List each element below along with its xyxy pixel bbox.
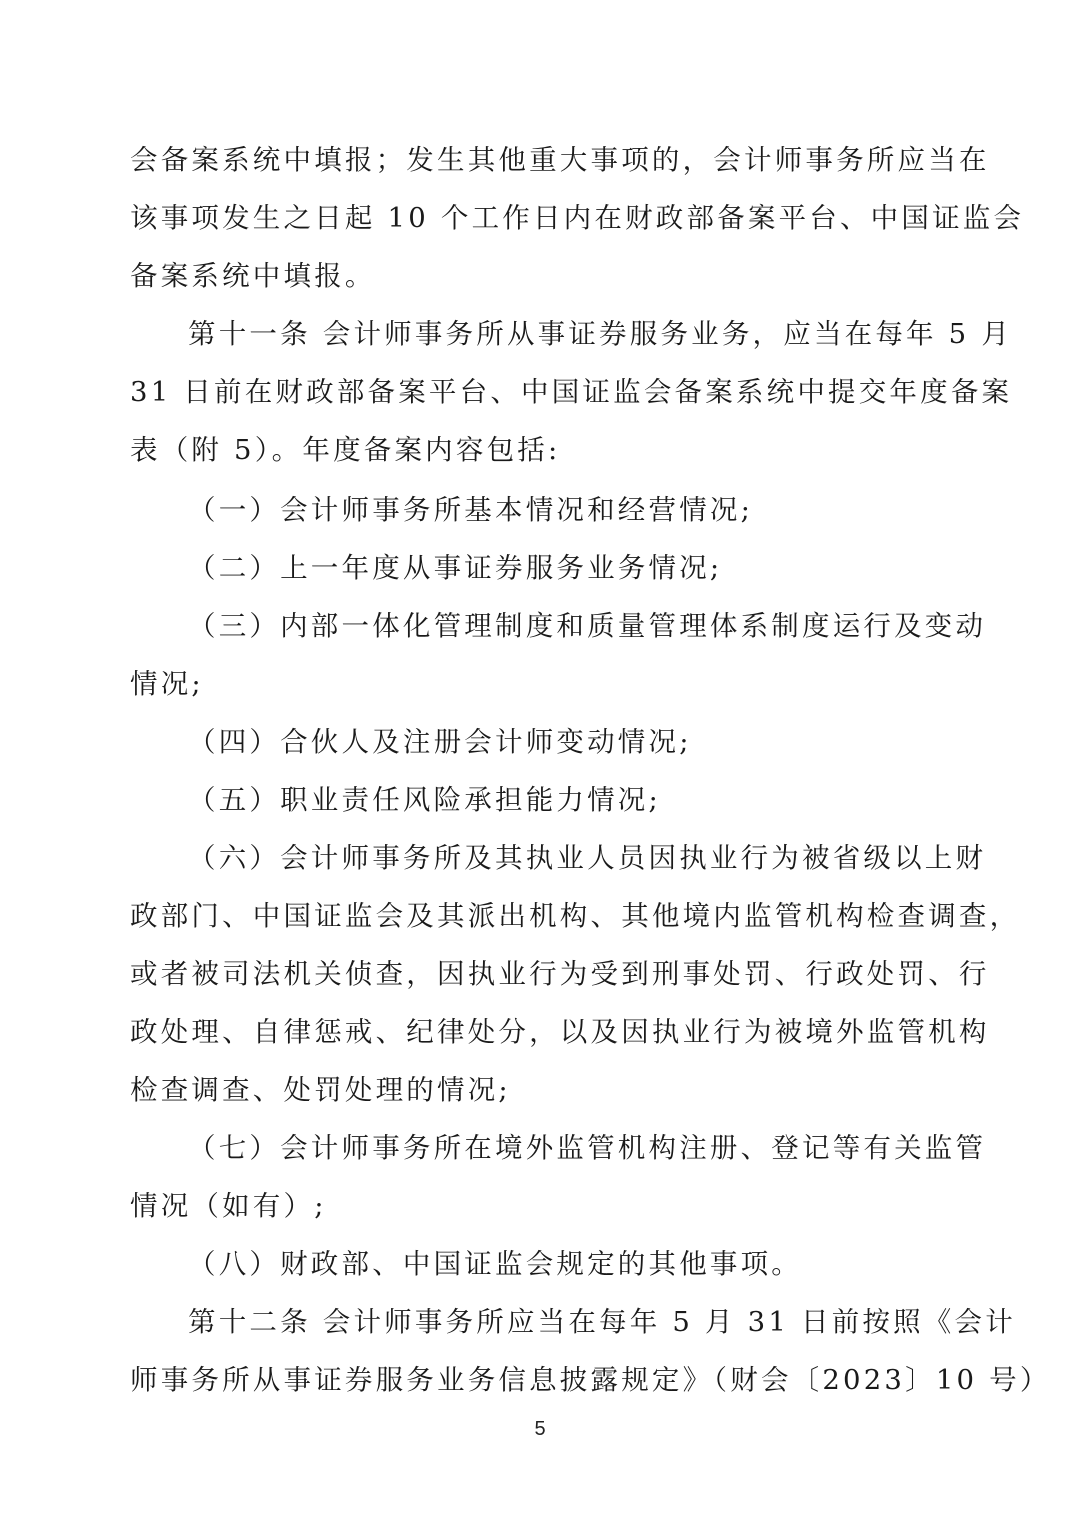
text-line: （四）合伙人及注册会计师变动情况; xyxy=(188,722,950,762)
text-line: 师事务所从事证券服务业务信息披露规定》（财会〔2023〕10 号） xyxy=(130,1360,950,1400)
text-line: 政处理、自律惩戒、纪律处分，以及因执业行为被境外监管机构 xyxy=(130,1012,950,1052)
text-line: 情况; xyxy=(130,664,950,704)
text-line: 备案系统中填报。 xyxy=(130,256,950,296)
text-line: 该事项发生之日起 10 个工作日内在财政部备案平台、中国证监会 xyxy=(130,198,950,238)
text-line: 31 日前在财政部备案平台、中国证监会备案系统中提交年度备案 xyxy=(130,372,950,412)
text-line: 或者被司法机关侦查，因执业行为受到刑事处罚、行政处罚、行 xyxy=(130,954,950,994)
page-number: 5 xyxy=(0,1418,1080,1441)
document-page: 会备案系统中填报；发生其他重大事项的，会计师事务所应当在该事项发生之日起 10 … xyxy=(0,0,1080,1526)
text-line: 检查调查、处罚处理的情况; xyxy=(130,1070,950,1110)
text-line: 第十一条 会计师事务所从事证券服务业务，应当在每年 5 月 xyxy=(188,314,950,354)
text-line: （三）内部一体化管理制度和质量管理体系制度运行及变动 xyxy=(188,606,950,646)
text-line: 情况（如有）; xyxy=(130,1186,950,1226)
text-line: 表（附 5）。年度备案内容包括: xyxy=(130,430,950,470)
text-line: 第十二条 会计师事务所应当在每年 5 月 31 日前按照《会计 xyxy=(188,1302,950,1342)
text-line: 会备案系统中填报；发生其他重大事项的，会计师事务所应当在 xyxy=(130,140,950,180)
text-line: （七）会计师事务所在境外监管机构注册、登记等有关监管 xyxy=(188,1128,950,1168)
text-line: 政部门、中国证监会及其派出机构、其他境内监管机构检查调查， xyxy=(130,896,950,936)
text-line: （二）上一年度从事证券服务业务情况; xyxy=(188,548,950,588)
text-line: （六）会计师事务所及其执业人员因执业行为被省级以上财 xyxy=(188,838,950,878)
text-line: （五）职业责任风险承担能力情况; xyxy=(188,780,950,820)
text-line: （一）会计师事务所基本情况和经营情况; xyxy=(188,490,950,530)
text-line: （八）财政部、中国证监会规定的其他事项。 xyxy=(188,1244,950,1284)
